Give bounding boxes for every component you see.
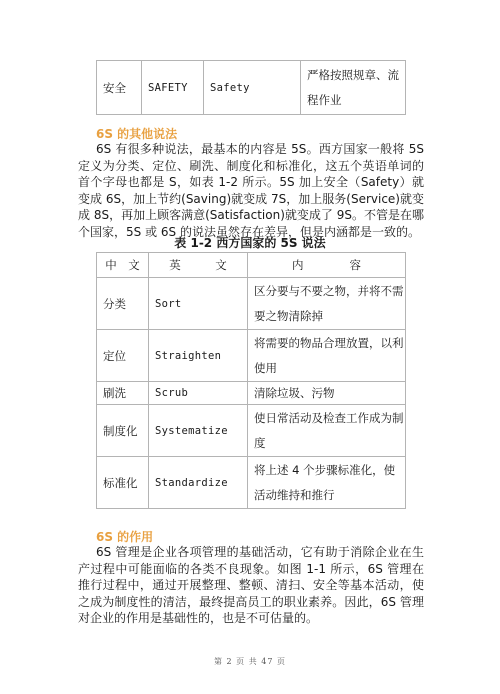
cell-cn: 标准化: [97, 457, 149, 509]
section-heading-other-names: 6S 的其他说法: [96, 125, 177, 142]
cell-cn: 安全: [97, 61, 142, 115]
cell-en: Safety: [204, 61, 301, 115]
cell-en: Sort: [149, 278, 248, 330]
header-content: 内 容: [248, 253, 406, 278]
table-row: 制度化 Systematize 使日常活动及检查工作成为制度: [97, 405, 406, 457]
cell-content: 将上述 4 个步骤标准化，使活动维持和推行: [248, 457, 406, 509]
cell-content: 将需要的物品合理放置，以利使用: [248, 330, 406, 382]
cell-cn: 分类: [97, 278, 149, 330]
header-cn: 中 文: [97, 253, 149, 278]
cell-content: 严格按照规章、流程作业: [301, 61, 406, 115]
header-en: 英 文: [149, 253, 248, 278]
cell-cn: 刷洗: [97, 382, 149, 405]
cell-en: Scrub: [149, 382, 248, 405]
table-row: 定位 Straighten 将需要的物品合理放置，以利使用: [97, 330, 406, 382]
cell-content: 区分要与不要之物，并将不需要之物清除掉: [248, 278, 406, 330]
table-row: 分类 Sort 区分要与不要之物，并将不需要之物清除掉: [97, 278, 406, 330]
table-row: 标准化 Standardize 将上述 4 个步骤标准化，使活动维持和推行: [97, 457, 406, 509]
cell-content: 清除垃圾、污物: [248, 382, 406, 405]
cell-cn: 定位: [97, 330, 149, 382]
cell-en: Standardize: [149, 457, 248, 509]
cell-en: Straighten: [149, 330, 248, 382]
cell-content: 使日常活动及检查工作成为制度: [248, 405, 406, 457]
cell-cn: 制度化: [97, 405, 149, 457]
cell-en: Systematize: [149, 405, 248, 457]
section-paragraph-other-names: 6S 有很多种说法，最基本的内容是 5S。西方国家一般将 5S 定义为分类、定位…: [78, 141, 424, 240]
5s-table: 中 文 英 文 内 容 分类 Sort 区分要与不要之物，并将不需要之物清除掉 …: [96, 252, 406, 509]
table-row: 刷洗 Scrub 清除垃圾、污物: [97, 382, 406, 405]
page-number-footer: 第 2 页 共 47 页: [0, 656, 500, 667]
section-paragraph-role: 6S 管理是企业各项管理的基础活动，它有助于消除企业在生产过程中可能面临的各类不…: [78, 544, 424, 627]
cell-en-upper: SAFETY: [142, 61, 204, 115]
section-heading-role: 6S 的作用: [96, 528, 153, 545]
table-header-row: 中 文 英 文 内 容: [97, 253, 406, 278]
table-caption: 表 1-2 西方国家的 5S 说法: [0, 234, 500, 251]
safety-table: 安全 SAFETY Safety 严格按照规章、流程作业: [96, 60, 406, 115]
table-row: 安全 SAFETY Safety 严格按照规章、流程作业: [97, 61, 406, 115]
document-page: 安全 SAFETY Safety 严格按照规章、流程作业 6S 的其他说法 6S…: [0, 0, 500, 694]
